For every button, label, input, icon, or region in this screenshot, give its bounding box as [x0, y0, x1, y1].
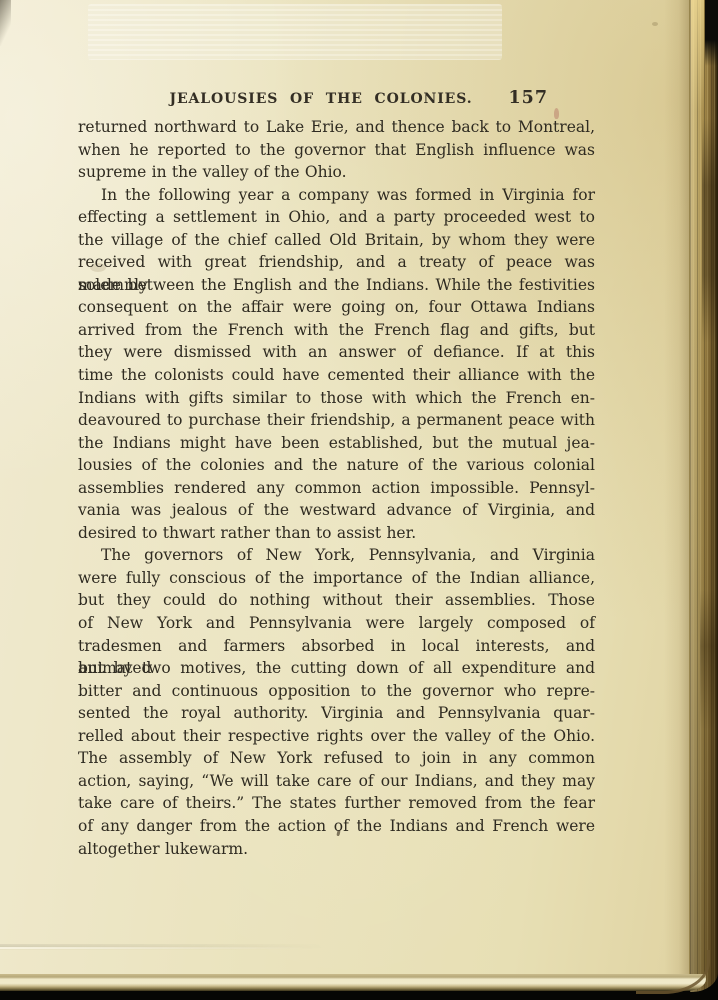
- text-line: In the following year a company was form…: [78, 184, 595, 207]
- right-edge-shadow: [664, 0, 691, 986]
- text-line: The governors of New York, Pennsylvania,…: [78, 544, 595, 567]
- text-line: of any danger from the action of the Ind…: [78, 815, 595, 838]
- text-line: made between the English and the Indians…: [78, 274, 595, 297]
- paragraph: The governors of New York, Pennsylvania,…: [78, 544, 595, 860]
- text-line: but they could do nothing without their …: [78, 589, 595, 612]
- text-line: the Indians might have been established,…: [78, 432, 595, 455]
- scanned-book-page: JEALOUSIES OF THE COLONIES. 157 returned…: [0, 0, 718, 1000]
- text-block: returned northward to Lake Erie, and the…: [78, 116, 595, 860]
- text-line: vania was jealous of the westward advanc…: [78, 499, 595, 522]
- text-line: assemblies rendered any common action im…: [78, 477, 595, 500]
- text-line: were fully conscious of the importance o…: [78, 567, 595, 590]
- top-right-corner-black: [705, 0, 718, 66]
- text-line: consequent on the affair were going on, …: [78, 296, 595, 319]
- text-line: desired to thwart rather than to assist …: [78, 522, 595, 545]
- text-line: altogether lukewarm.: [78, 838, 595, 861]
- text-line: tradesmen and farmers absorbed in local …: [78, 635, 595, 658]
- text-line: but by two motives, the cutting down of …: [78, 657, 595, 680]
- text-line: Indians with gifts similar to those with…: [78, 387, 595, 410]
- text-line: they were dismissed with an answer of de…: [78, 341, 595, 364]
- fore-edge-dark-patch: [700, 590, 718, 730]
- paragraph: In the following year a company was form…: [78, 184, 595, 545]
- text-line: when he reported to the governor that En…: [78, 139, 595, 162]
- text-line: relled about their respective rights ove…: [78, 725, 595, 748]
- text-line: received with great friendship, and a tr…: [78, 251, 595, 274]
- paragraph: returned northward to Lake Erie, and the…: [78, 116, 595, 184]
- text-line: the village of the chief called Old Brit…: [78, 229, 595, 252]
- text-line: of New York and Pennsylvania were largel…: [78, 612, 595, 635]
- running-header: JEALOUSIES OF THE COLONIES. 157: [78, 88, 594, 110]
- bottom-crease-highlight: [0, 947, 310, 949]
- text-line: bitter and continuous opposition to the …: [78, 680, 595, 703]
- text-line: effecting a settlement in Ohio, and a pa…: [78, 206, 595, 229]
- text-line: sented the royal authority. Virginia and…: [78, 702, 595, 725]
- paper-stain: [652, 22, 658, 26]
- text-line: supreme in the valley of the Ohio.: [78, 161, 595, 184]
- scanner-light-band: [88, 4, 502, 60]
- text-line: returned northward to Lake Erie, and the…: [78, 116, 595, 139]
- fore-edge-dark-patch: [702, 118, 717, 343]
- text-line: lousies of the colonies and the nature o…: [78, 454, 595, 477]
- fore-edge-highlight: [691, 0, 704, 112]
- text-line: deavoured to purchase their friendship, …: [78, 409, 595, 432]
- text-line: arrived from the French with the French …: [78, 319, 595, 342]
- text-line: action, saying, “We will take care of ou…: [78, 770, 595, 793]
- text-line: The assembly of New York refused to join…: [78, 747, 595, 770]
- header-title: JEALOUSIES OF THE COLONIES.: [78, 88, 564, 110]
- top-left-corner-shadow: [0, 0, 11, 46]
- page-bottom-edge: [0, 974, 706, 991]
- text-line: take care of theirs.” The states further…: [78, 792, 595, 815]
- page-number: 157: [508, 86, 548, 110]
- text-line: time the colonists could have cemented t…: [78, 364, 595, 387]
